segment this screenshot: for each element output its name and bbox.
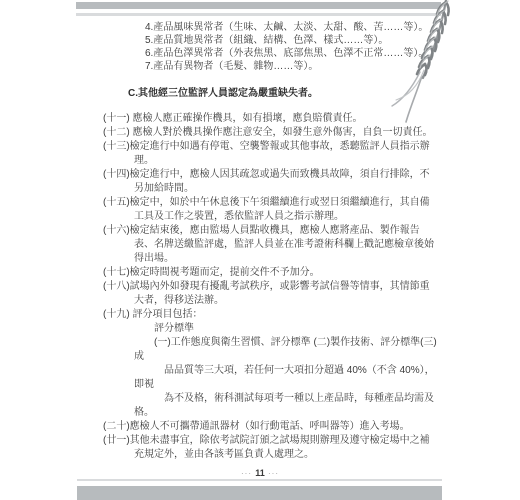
- page-content: 4.產品風味異常者（生味、太鹹、太淡、太甜、酸、苦……等）。5.產品質地異常者（…: [103, 21, 437, 462]
- rule-marker: (十二): [103, 127, 130, 138]
- rule-marker: (廿一): [103, 435, 130, 446]
- rule-item: (十一) 應檢人應正確操作機具，如有損壞，應負賠償責任。: [103, 112, 437, 126]
- footer-band: [77, 486, 442, 500]
- rule-text: 評分項目包括： 評分標準 (一)工作態度與衛生習慣、評分標準 (二)製作技術、評…: [130, 309, 437, 418]
- rule-text: 應檢人應正確操作機具，如有損壞，應負賠償責任。: [130, 113, 363, 124]
- page-number-dots-left: ···: [241, 469, 252, 478]
- rule-marker: (二十): [103, 421, 130, 432]
- wheat-icon: [390, 0, 474, 128]
- rule-marker: (十一): [103, 113, 130, 124]
- rule-marker: (十九): [103, 309, 130, 320]
- rule-marker: (十七): [103, 267, 130, 278]
- rule-item: (十八)試場內外如發現有擾亂考試秩序，或影響考試信譽等情事，其情節重 大者，得移…: [103, 280, 437, 308]
- rule-item: (廿一)其他未盡事宜，除依考試院訂頒之試場規則辦理及遵守檢定場中之補 充規定外，…: [103, 434, 437, 462]
- rule-text: 應檢人對於機具操作應注意安全，如發生意外傷害，自負一切責任。: [130, 127, 433, 138]
- footer-rule-line: [77, 479, 442, 481]
- rules-list: (十一) 應檢人應正確操作機具，如有損壞，應負賠償責任。(十二) 應檢人對於機具…: [103, 112, 437, 462]
- rule-item: (十七)檢定時間視考題而定，提前交件不予加分。: [103, 266, 437, 280]
- header-rule-line: [76, 13, 441, 16]
- rule-text: 其他未盡事宜，除依考試院訂頒之試場規則辦理及遵守檢定場中之補 充規定外，並由各該…: [130, 435, 430, 460]
- page-number-dots-right: ···: [268, 469, 279, 478]
- rule-item: (十二) 應檢人對於機具操作應注意安全，如發生意外傷害，自負一切責任。: [103, 126, 437, 140]
- rule-text: 應檢人不可攜帶通訊器材（如行動電話、呼叫器等）進入考場。: [130, 421, 410, 432]
- document-page: 4.產品風味異常者（生味、太鹹、太淡、太甜、酸、苦……等）。5.產品質地異常者（…: [0, 0, 520, 500]
- rule-text: 檢定時間視考題而定，提前交件不予加分。: [130, 267, 320, 278]
- rule-text: 試場內外如發現有擾亂考試秩序，或影響考試信譽等情事，其情節重 大者，得移送法辦。: [130, 281, 430, 306]
- rule-text: 檢定進行中如遇有停電、空襲警報或其他事故，悉聽監評人員指示辦 理。: [130, 141, 430, 166]
- rule-text: 檢定中，如於中午休息後下午須繼續進行或翌日須繼續進行，其自備 工具及工作之裝置，…: [130, 197, 430, 222]
- page-number: ··· 11 ···: [0, 468, 520, 478]
- rule-item: (十四)檢定進行中，應檢人因其疏忽或過失而致機具故障，須自行排除，不 另加給時間…: [103, 168, 437, 196]
- rule-marker: (十八): [103, 281, 130, 292]
- rule-marker: (十三): [103, 141, 130, 152]
- rule-marker: (十五): [103, 197, 130, 208]
- page-number-value: 11: [255, 468, 265, 478]
- header-band: [76, 2, 441, 9]
- rule-marker: (十四): [103, 169, 130, 180]
- rule-text: 檢定結束後，應由監場人員點收機具，應檢人應將產品、製作報告 表、名牌送繳監評處，…: [130, 225, 434, 264]
- rule-item: (十九) 評分項目包括： 評分標準 (一)工作態度與衛生習慣、評分標準 (二)製…: [103, 308, 437, 420]
- rule-text: 檢定進行中，應檢人因其疏忽或過失而致機具故障，須自行排除，不 另加給時間。: [130, 169, 430, 194]
- rule-marker: (十六): [103, 225, 130, 236]
- rule-item: (十五)檢定中，如於中午休息後下午須繼續進行或翌日須繼續進行，其自備 工具及工作…: [103, 196, 437, 224]
- rule-item: (十六)檢定結束後，應由監場人員點收機具，應檢人應將產品、製作報告 表、名牌送繳…: [103, 224, 437, 266]
- rule-item: (二十)應檢人不可攜帶通訊器材（如行動電話、呼叫器等）進入考場。: [103, 420, 437, 434]
- rule-item: (十三)檢定進行中如遇有停電、空襲警報或其他事故，悉聽監評人員指示辦 理。: [103, 140, 437, 168]
